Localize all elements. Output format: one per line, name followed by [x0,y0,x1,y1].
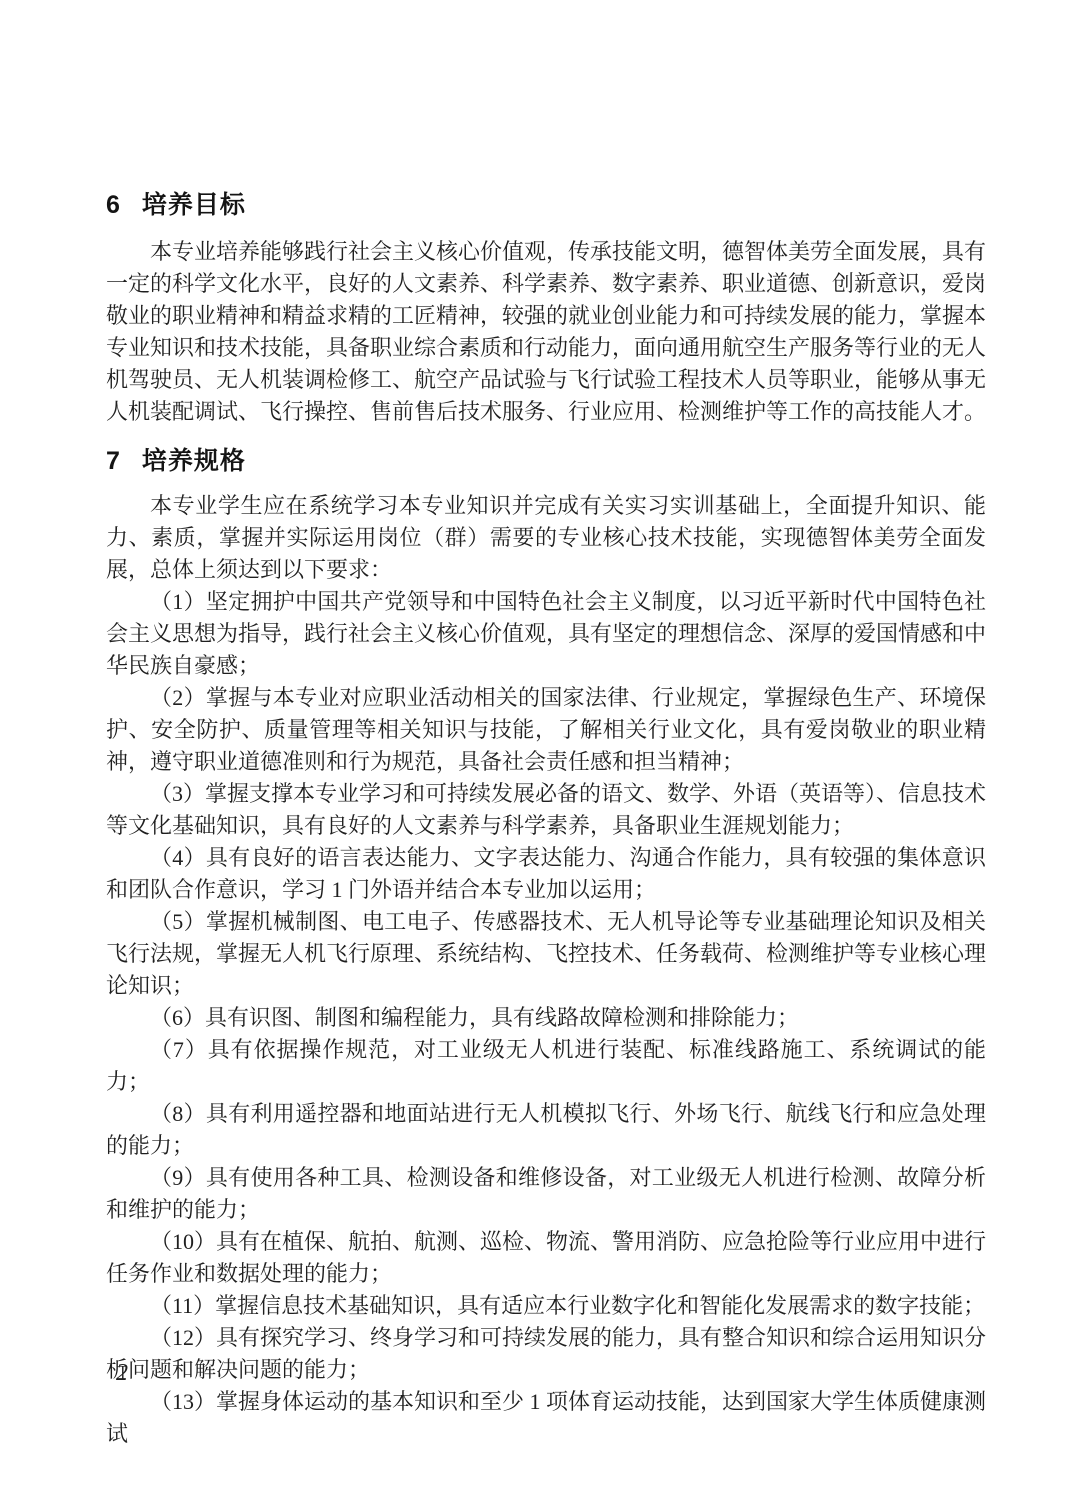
section-6-title: 培养目标 [142,191,246,219]
requirement-item-13: （13）掌握身体运动的基本知识和至少 1 项体育运动技能，达到国家大学生体质健康… [106,1386,986,1450]
requirement-item-7: （7）具有依据操作规范，对工业级无人机进行装配、标准线路施工、系统调试的能力； [106,1034,986,1098]
section-6-paragraph: 本专业培养能够践行社会主义核心价值观，传承技能文明，德智体美劳全面发展，具有一定… [106,236,986,428]
requirement-item-12: （12）具有探究学习、终身学习和可持续发展的能力，具有整合知识和综合运用知识分析… [106,1322,986,1386]
section-6-number: 6 [106,188,120,222]
requirement-item-3: （3）掌握支撑本专业学习和可持续发展必备的语文、数学、外语（英语等）、信息技术等… [106,778,986,842]
page-number: 2 [116,1358,128,1388]
section-7-number: 7 [106,444,120,478]
requirement-item-9: （9）具有使用各种工具、检测设备和维修设备，对工业级无人机进行检测、故障分析和维… [106,1162,986,1226]
page-content: 6培养目标 本专业培养能够践行社会主义核心价值观，传承技能文明，德智体美劳全面发… [0,0,1080,1450]
requirement-item-2: （2）掌握与本专业对应职业活动相关的国家法律、行业规定，掌握绿色生产、环境保护、… [106,682,986,778]
requirement-item-6: （6）具有识图、制图和编程能力，具有线路故障检测和排除能力； [106,1002,986,1034]
requirement-item-8: （8）具有利用遥控器和地面站进行无人机模拟飞行、外场飞行、航线飞行和应急处理的能… [106,1098,986,1162]
section-training-specifications: 7培养规格 本专业学生应在系统学习本专业知识并完成有关实习实训基础上，全面提升知… [106,444,986,1450]
requirement-item-10: （10）具有在植保、航拍、航测、巡检、物流、警用消防、应急抢险等行业应用中进行任… [106,1226,986,1290]
section-7-title: 培养规格 [142,447,246,475]
requirement-item-5: （5）掌握机械制图、电工电子、传感器技术、无人机导论等专业基础理论知识及相关飞行… [106,906,986,1002]
requirement-item-1: （1）坚定拥护中国共产党领导和中国特色社会主义制度，以习近平新时代中国特色社会主… [106,586,986,682]
requirement-item-11: （11）掌握信息技术基础知识，具有适应本行业数字化和智能化发展需求的数字技能； [106,1290,986,1322]
document-page: 6培养目标 本专业培养能够践行社会主义核心价值观，传承技能文明，德智体美劳全面发… [0,0,1080,1505]
section-7-intro-paragraph: 本专业学生应在系统学习本专业知识并完成有关实习实训基础上，全面提升知识、能力、素… [106,490,986,586]
section-6-heading: 6培养目标 [106,188,986,222]
section-training-objectives: 6培养目标 本专业培养能够践行社会主义核心价值观，传承技能文明，德智体美劳全面发… [106,188,986,428]
requirement-item-4: （4）具有良好的语言表达能力、文字表达能力、沟通合作能力，具有较强的集体意识和团… [106,842,986,906]
section-7-heading: 7培养规格 [106,444,986,478]
